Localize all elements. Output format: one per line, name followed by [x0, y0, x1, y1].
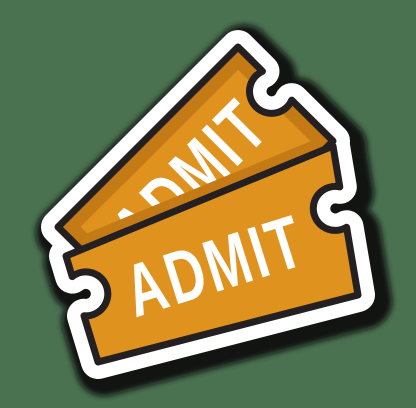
sticker-canvas: ADMIT ADMIT	[0, 0, 416, 408]
admit-tickets-sticker: ADMIT ADMIT	[0, 0, 416, 408]
